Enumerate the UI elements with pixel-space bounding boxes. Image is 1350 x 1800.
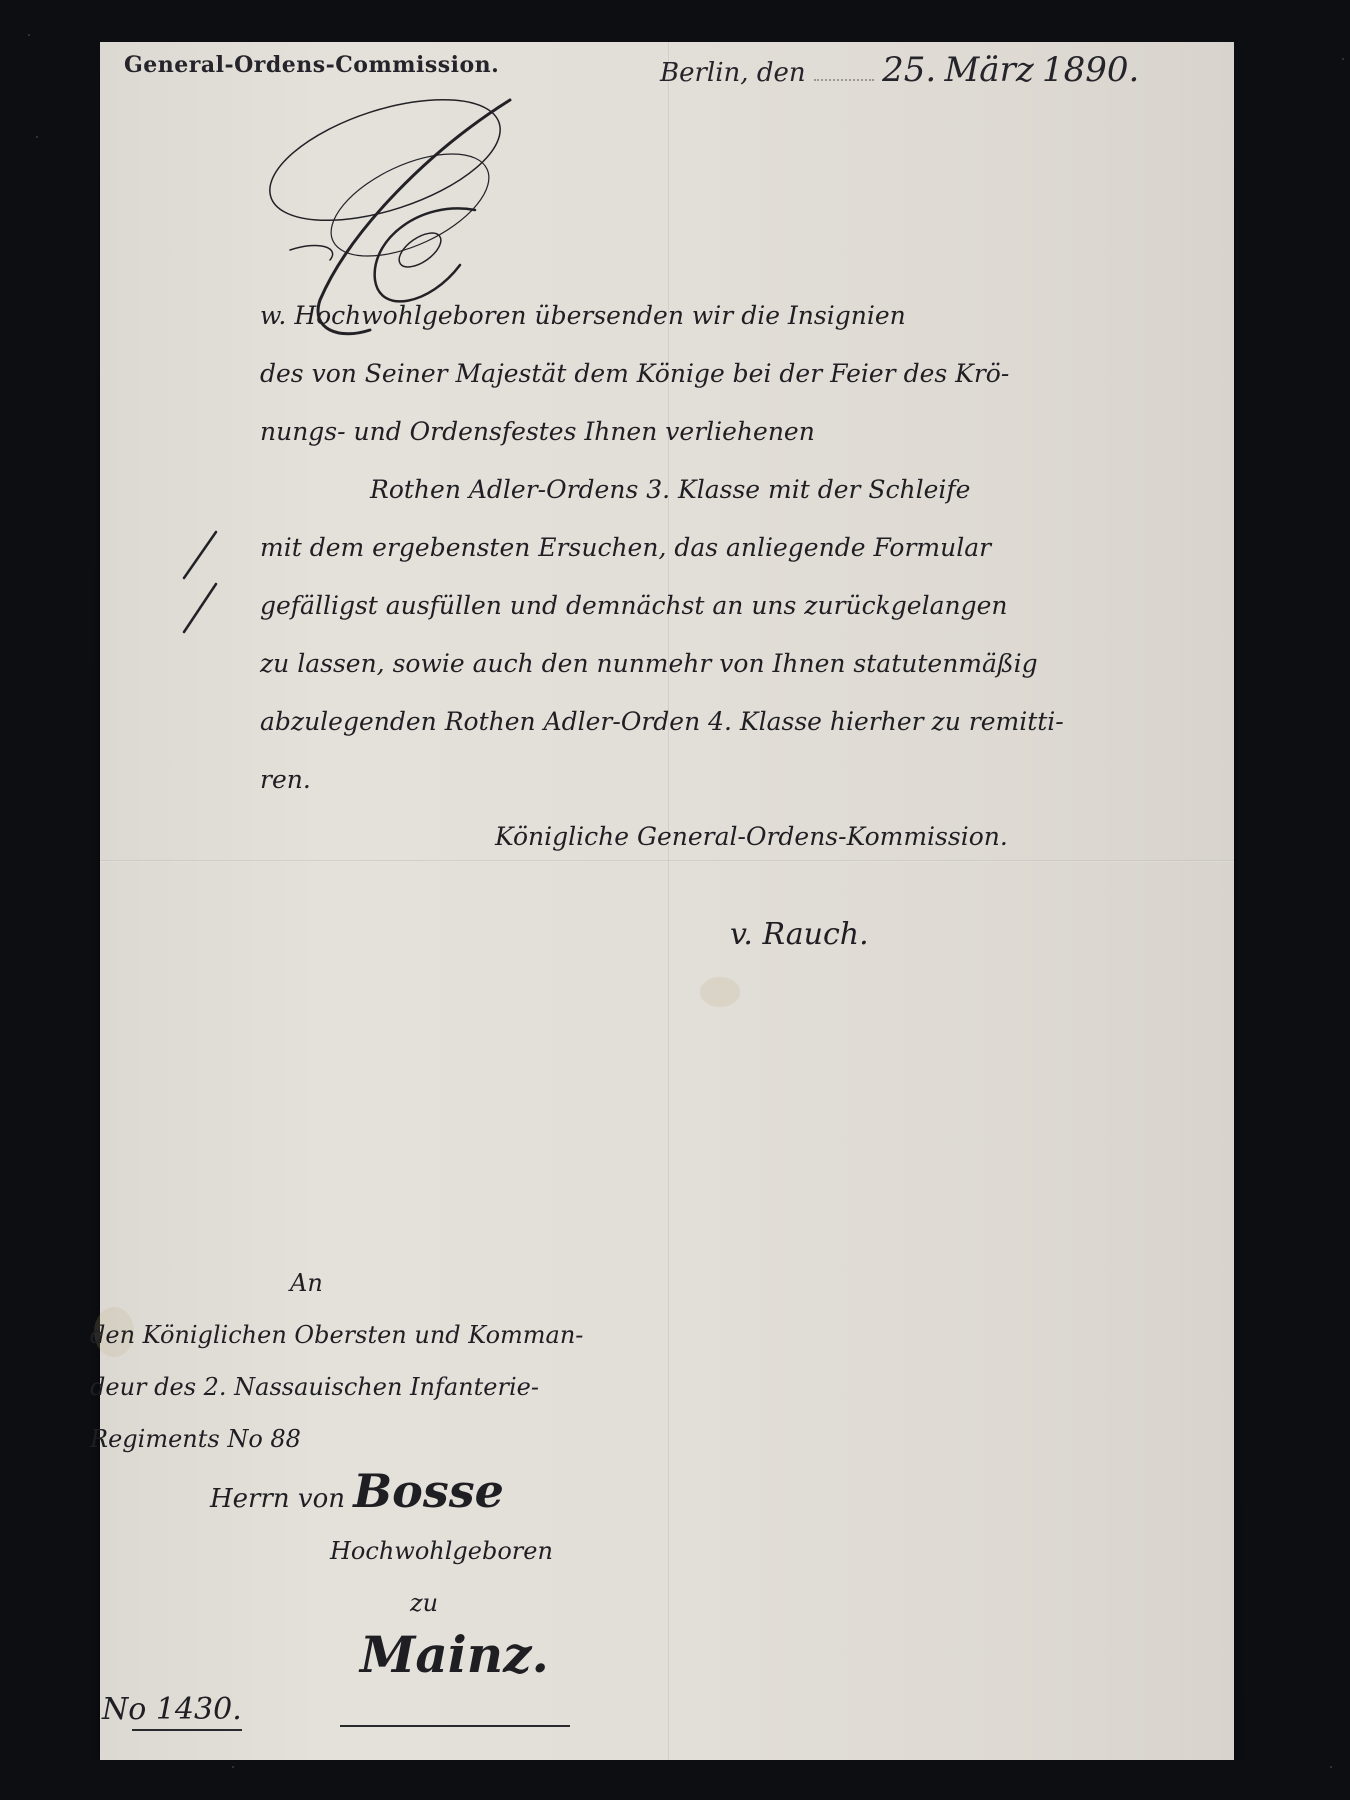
reference-number: No 1430. (102, 1692, 242, 1731)
dust-speck (1342, 58, 1344, 60)
dateline: Berlin, den 25. März 1890. (660, 50, 1260, 90)
address-line: deur des 2. Nassauischen Infanterie- (90, 1361, 590, 1413)
body-line-order-name: Rothen Adler-Ordens 3. Klasse mit der Sc… (260, 461, 1210, 519)
recipient-surname: Bosse (353, 1464, 504, 1518)
margin-slash-marks-icon (178, 512, 248, 662)
document-sheet: General-Ordens-Commission. Berlin, den 2… (100, 42, 1234, 1760)
dust-speck (36, 136, 38, 138)
signature: v. Rauch. (730, 917, 869, 952)
recipient-address: An den Königlichen Obersten und Komman- … (90, 1257, 590, 1681)
date-day: 25. (882, 50, 936, 90)
recipient-title: Herrn von (210, 1484, 345, 1514)
recipient-honorific: Hochwohlgeboren (90, 1525, 590, 1577)
address-line: den Königlichen Obersten und Komman- (90, 1309, 590, 1361)
dust-speck (1330, 1766, 1332, 1768)
dotted-rule (814, 79, 874, 81)
body-line: w. Hochwohlgeboren übersenden wir die In… (260, 287, 1210, 345)
body-line: ren. (260, 751, 1210, 809)
date-place: Berlin, den (660, 58, 806, 88)
horizontal-fold-line (100, 860, 1234, 862)
body-line: abzulegenden Rothen Adler-Orden 4. Klass… (260, 693, 1210, 751)
address-to: An (90, 1257, 590, 1309)
recipient-city: Mainz. (90, 1629, 590, 1681)
body-line: nungs- und Ordensfestes Ihnen verliehene… (260, 403, 1210, 461)
body-line: des von Seiner Majestät dem Könige bei d… (260, 345, 1210, 403)
reference-underline (132, 1729, 242, 1731)
address-preposition: zu (90, 1577, 590, 1629)
paper-stain (700, 977, 740, 1007)
city-underline (340, 1725, 570, 1727)
dust-speck (28, 34, 30, 36)
closing-authority: Königliche General-Ordens-Kommission. (495, 822, 1095, 851)
date-month: März (944, 50, 1033, 90)
letter-body: w. Hochwohlgeboren übersenden wir die In… (260, 287, 1210, 809)
date-year: 1890. (1042, 50, 1139, 90)
recipient-name: Herrn von Bosse (90, 1465, 590, 1525)
reference-number-text: No 1430. (102, 1692, 242, 1727)
body-line: mit dem ergebensten Ersuchen, das anlieg… (260, 519, 1210, 577)
letterhead: General-Ordens-Commission. (124, 52, 499, 78)
body-line: zu lassen, sowie auch den nunmehr von Ih… (260, 635, 1210, 693)
address-line: Regiments No 88 (90, 1413, 590, 1465)
body-line: gefälligst ausfüllen und demnächst an un… (260, 577, 1210, 635)
dust-speck (232, 1766, 234, 1768)
